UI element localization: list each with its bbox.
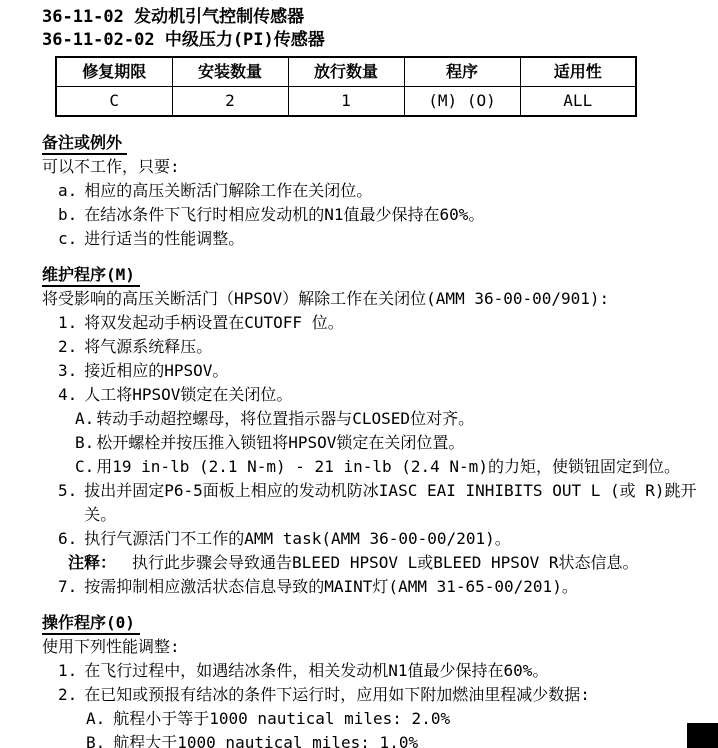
- remarks-heading: 备注或例外: [42, 131, 704, 155]
- operations-intro: 使用下列性能调整:: [42, 635, 704, 659]
- maintenance-step-7-text: 按需抑制相应激活状态信息导致的MAINT灯(AMM 31-65-00/201)。: [84, 575, 704, 599]
- operations-step-2-sub-a: A. 航程小于等于1000 nautical miles: 2.0%: [42, 707, 704, 731]
- table-header-number-installed: 安装数量: [172, 57, 288, 87]
- table-header-procedures: 程序: [404, 57, 520, 87]
- note-text: 执行此步骤会导致通告BLEED HPSOV L或BLEED HPSOV R状态信…: [132, 551, 704, 575]
- cell-procedures: (M) (O): [404, 87, 520, 117]
- remarks-item-a-label: a.: [58, 179, 77, 203]
- document-page: 36-11-02 发动机引气控制传感器 36-11-02-02 中级压力(PI)…: [0, 0, 718, 748]
- remarks-item-b-label: b.: [58, 203, 77, 227]
- remarks-item-c: c. 进行适当的性能调整。: [42, 227, 704, 251]
- note-label: 注释：: [68, 551, 116, 575]
- maintenance-step-5: 5. 拔出并固定P6-5面板上相应的发动机防冰IASC EAI INHIBITS…: [42, 479, 704, 527]
- corner-black-mark: [687, 723, 718, 748]
- maintenance-step-7: 7. 按需抑制相应激活状态信息导致的MAINT灯(AMM 31-65-00/20…: [42, 575, 704, 599]
- maintenance-step-6-label: 6.: [58, 527, 77, 551]
- maintenance-step-4-sub-a-text: 转动手动超控螺母，将位置指示器与CLOSED位对齐。: [96, 407, 704, 431]
- maintenance-step-4-sub-c-label: C.: [75, 455, 94, 479]
- maintenance-step-3: 3. 接近相应的HPSOV。: [42, 359, 704, 383]
- remarks-item-a-text: 相应的高压关断活门解除工作在关闭位。: [84, 179, 704, 203]
- operations-heading-text: 操作程序(0): [42, 613, 140, 635]
- operations-step-2-sub-a-label: A.: [86, 707, 105, 731]
- maintenance-step-7-label: 7.: [58, 575, 77, 599]
- maintenance-step-4-sub-c-text: 用19 in-lb (2.1 N-m) - 21 in-lb (2.4 N-m)…: [96, 455, 704, 479]
- table-data-row: C 2 1 (M) (O) ALL: [56, 87, 636, 117]
- maintenance-step-4-text: 人工将HPSOV锁定在关闭位。: [84, 383, 704, 407]
- operations-step-2-sub-b: B. 航程大于1000 nautical miles: 1.0%: [42, 731, 704, 748]
- maintenance-step-4-label: 4.: [58, 383, 77, 407]
- operations-step-2-label: 2.: [58, 683, 77, 707]
- maintenance-step-4-sub-a-label: A.: [75, 407, 94, 431]
- maintenance-step-6-text: 执行气源活门不工作的AMM task(AMM 36-00-00/201)。: [84, 527, 704, 551]
- maintenance-heading: 维护程序(M): [42, 263, 704, 287]
- operations-heading: 操作程序(0): [42, 611, 704, 635]
- operations-step-2-sub-b-label: B.: [86, 731, 105, 748]
- maintenance-step-6: 6. 执行气源活门不工作的AMM task(AMM 36-00-00/201)。: [42, 527, 704, 551]
- operations-step-1: 1. 在飞行过程中，如遇结冰条件，相关发动机N1值最少保持在60%。: [42, 659, 704, 683]
- maintenance-step-1-text: 将双发起动手柄设置在CUTOFF 位。: [84, 311, 704, 335]
- table-header-applicability: 适用性: [520, 57, 636, 87]
- maintenance-step-1: 1. 将双发起动手柄设置在CUTOFF 位。: [42, 311, 704, 335]
- maintenance-step-6-note: 注释： 执行此步骤会导致通告BLEED HPSOV L或BLEED HPSOV …: [42, 551, 704, 575]
- remarks-item-c-label: c.: [58, 227, 77, 251]
- remarks-item-c-text: 进行适当的性能调整。: [84, 227, 704, 251]
- operations-step-2: 2. 在已知或预报有结冰的条件下运行时，应用如下附加燃油里程减少数据:: [42, 683, 704, 707]
- table-header-number-for-dispatch: 放行数量: [288, 57, 404, 87]
- maintenance-step-4: 4. 人工将HPSOV锁定在关闭位。: [42, 383, 704, 407]
- maintenance-step-4-sub-b-label: B.: [75, 431, 94, 455]
- table-header-repair-interval: 修复期限: [56, 57, 172, 87]
- cell-applicability: ALL: [520, 87, 636, 117]
- remarks-intro: 可以不工作，只要:: [42, 155, 704, 179]
- maintenance-step-4-sub-c: C. 用19 in-lb (2.1 N-m) - 21 in-lb (2.4 N…: [42, 455, 704, 479]
- operations-step-2-text: 在已知或预报有结冰的条件下运行时，应用如下附加燃油里程减少数据:: [84, 683, 704, 707]
- remarks-heading-text: 备注或例外: [42, 133, 127, 155]
- maintenance-heading-text: 维护程序(M): [42, 265, 140, 287]
- operations-step-2-sub-b-text: 航程大于1000 nautical miles: 1.0%: [113, 731, 704, 748]
- subsection-title: 36-11-02-02 中级压力(PI)传感器: [42, 29, 704, 52]
- maintenance-step-3-text: 接近相应的HPSOV。: [84, 359, 704, 383]
- maintenance-step-2-label: 2.: [58, 335, 77, 359]
- remarks-item-a: a. 相应的高压关断活门解除工作在关闭位。: [42, 179, 704, 203]
- maintenance-step-5-label: 5.: [58, 479, 77, 503]
- cell-number-for-dispatch: 1: [288, 87, 404, 117]
- remarks-item-b-text: 在结冰条件下飞行时相应发动机的N1值最少保持在60%。: [84, 203, 704, 227]
- maintenance-step-1-label: 1.: [58, 311, 77, 335]
- operations-step-1-text: 在飞行过程中，如遇结冰条件，相关发动机N1值最少保持在60%。: [84, 659, 704, 683]
- maintenance-step-5-text: 拔出并固定P6-5面板上相应的发动机防冰IASC EAI INHIBITS OU…: [84, 479, 704, 527]
- operations-step-2-sub-a-text: 航程小于等于1000 nautical miles: 2.0%: [113, 707, 704, 731]
- maintenance-step-4-sub-a: A. 转动手动超控螺母，将位置指示器与CLOSED位对齐。: [42, 407, 704, 431]
- maintenance-step-3-label: 3.: [58, 359, 77, 383]
- section-title: 36-11-02 发动机引气控制传感器: [42, 6, 704, 29]
- maintenance-step-4-sub-b: B. 松开螺栓并按压推入锁钮将HPSOV锁定在关闭位置。: [42, 431, 704, 455]
- cell-number-installed: 2: [172, 87, 288, 117]
- cell-repair-interval: C: [56, 87, 172, 117]
- dispatch-conditions-table: 修复期限 安装数量 放行数量 程序 适用性 C 2 1 (M) (O) ALL: [55, 56, 637, 117]
- remarks-item-b: b. 在结冰条件下飞行时相应发动机的N1值最少保持在60%。: [42, 203, 704, 227]
- maintenance-step-4-sub-b-text: 松开螺栓并按压推入锁钮将HPSOV锁定在关闭位置。: [96, 431, 704, 455]
- maintenance-step-2-text: 将气源系统释压。: [84, 335, 704, 359]
- maintenance-step-2: 2. 将气源系统释压。: [42, 335, 704, 359]
- operations-step-1-label: 1.: [58, 659, 77, 683]
- maintenance-intro: 将受影响的高压关断活门（HPSOV）解除工作在关闭位(AMM 36-00-00/…: [42, 287, 704, 311]
- table-header-row: 修复期限 安装数量 放行数量 程序 适用性: [56, 57, 636, 87]
